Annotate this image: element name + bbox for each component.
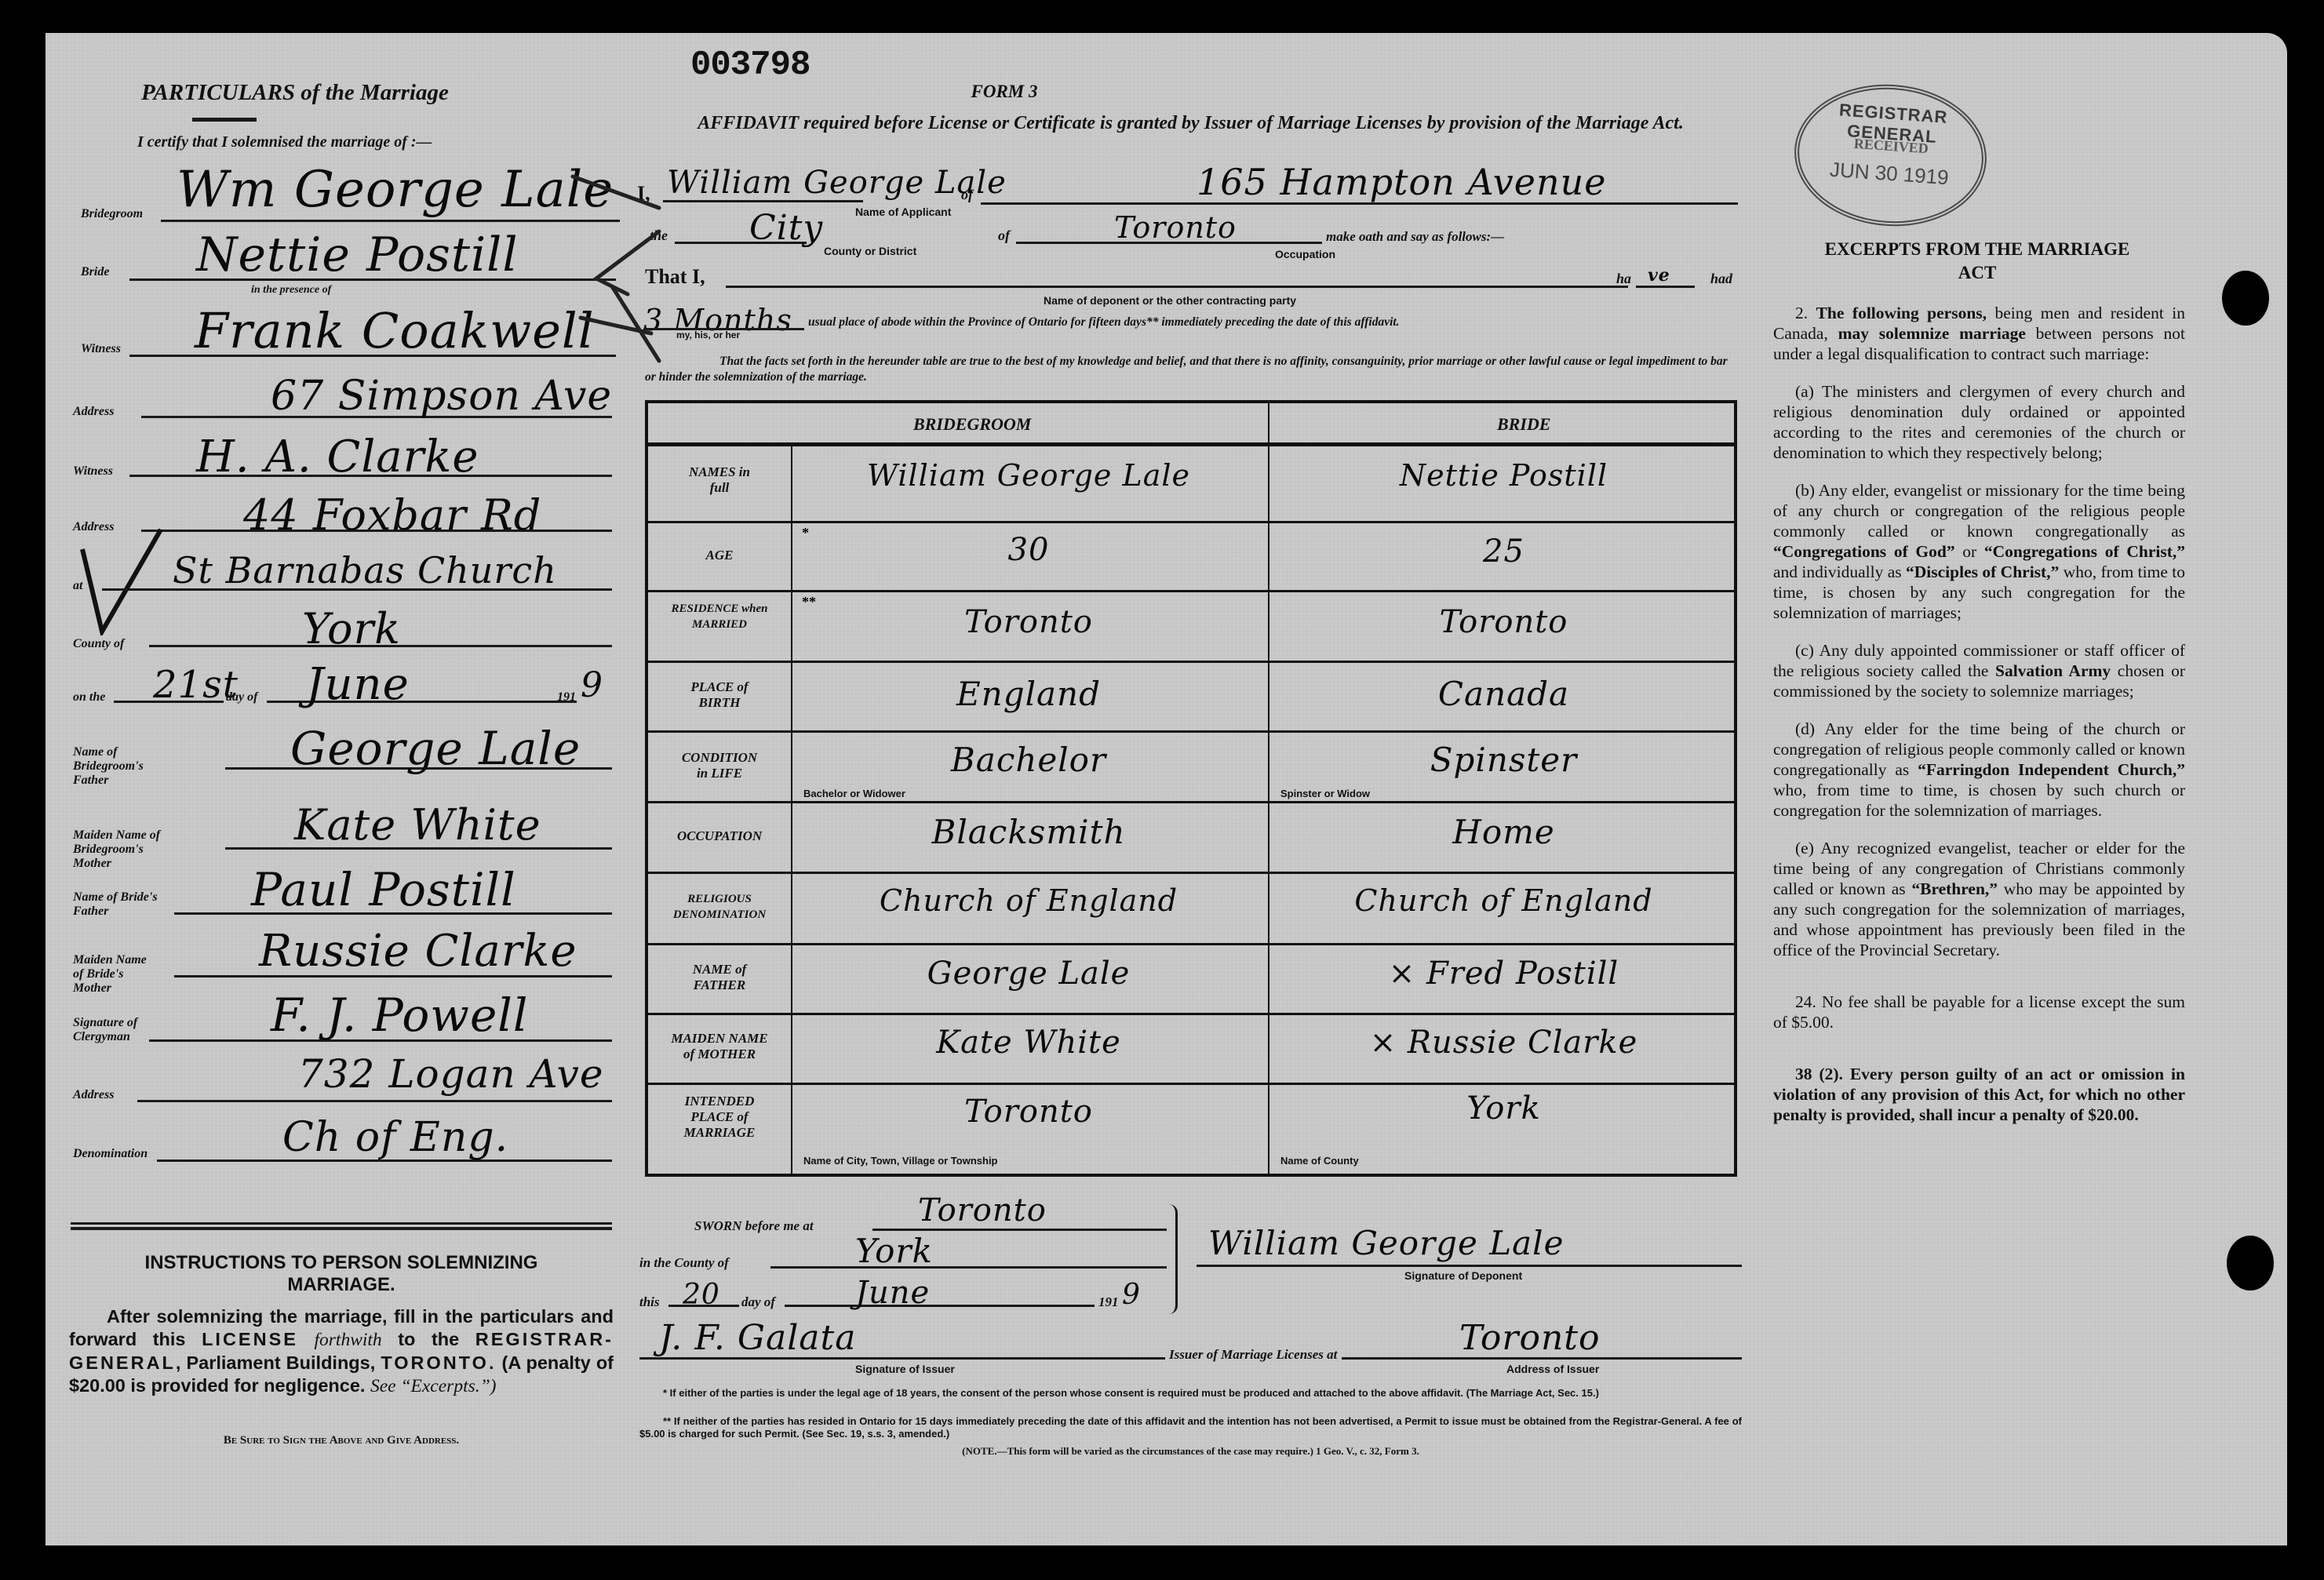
value-witness-1: Frank Coakwell (195, 302, 595, 359)
e-bold: “Brethren,” (1911, 879, 1998, 898)
label-year-prefix: 191 (557, 690, 576, 704)
value-address-3: 732 Logan Ave (298, 1051, 603, 1097)
line-ha (1636, 286, 1695, 288)
line-sworn-place (872, 1229, 1167, 1231)
sworn-label: SWORN before me at (694, 1218, 814, 1234)
b-bold-2: “Congregations of Christ,” (1984, 542, 2185, 561)
label-bride: Bride (81, 265, 109, 279)
value-groom-mother: Kate White (294, 800, 541, 850)
s2-bold-2: may solemnize marriage (1838, 324, 2026, 343)
particulars-title: PARTICULARS of the Marriage (141, 80, 449, 106)
line-address-3 (137, 1100, 612, 1102)
row-label-religion: RELIGIOUS DENOMINATION (653, 891, 786, 923)
bride-birthplace: Canada (1274, 675, 1733, 713)
value-address-2: 44 Foxbar Rd (243, 490, 541, 540)
row-label-age: AGE (653, 548, 786, 563)
excerpt-section-2: 2. The following persons, being men and … (1773, 303, 2185, 364)
row-label-condition: CONDITION in LIFE (653, 750, 786, 781)
value-sworn-county: York (855, 1232, 933, 1270)
row-divider (648, 1083, 1734, 1085)
excerpts-body: 2. The following persons, being men and … (1773, 303, 2185, 1142)
row-label-intended-place: INTENDED PLACE of MARRIAGE (653, 1094, 786, 1141)
bride-residence: Toronto (1274, 604, 1733, 640)
row-label-mother: MAIDEN NAME of MOTHER (653, 1031, 786, 1062)
stamp-date-text: JUN 30 1919 (1798, 155, 1982, 192)
groom-father: George Lale (797, 956, 1260, 992)
instructions-see-excerpts: See “Excerpts.”) (370, 1376, 497, 1396)
value-sworn-month: June (855, 1275, 930, 1311)
s2-num: 2. (1795, 304, 1808, 322)
label-county: County of (73, 637, 124, 651)
value-address: 165 Hampton Avenue (1197, 161, 1607, 203)
issuer-signature-caption: Signature of Issuer (855, 1363, 955, 1375)
instructions-text-2: to the (382, 1329, 475, 1349)
value-witness-2: H. A. Clarke (196, 431, 479, 482)
row-label-residence: RESIDENCE when MARRIED (653, 601, 786, 632)
header-divider (648, 442, 1734, 446)
excerpts-title-line2: ACT (1769, 261, 2185, 285)
b-text-2: or (1955, 542, 1984, 561)
value-affidavit-county: City (749, 208, 823, 248)
bride-father: × Fred Postill (1274, 956, 1733, 992)
row-label-names: NAMES in full (653, 464, 786, 496)
instructions-divider-2 (71, 1227, 612, 1230)
groom-residence: Toronto (797, 604, 1260, 640)
s2-bold-1: The following persons, (1816, 304, 1987, 322)
bride-condition-caption: Spinster or Widow (1280, 788, 1370, 799)
had-label: had (1710, 271, 1732, 287)
excerpt-section-24: 24. No fee shall be payable for a licens… (1773, 992, 2185, 1032)
punch-hole-bottom (2227, 1236, 2274, 1291)
value-affidavit-occupation: Toronto (1114, 210, 1237, 245)
pen-bracket-mark (565, 161, 675, 365)
value-applicant-name: William George Lale (667, 165, 1007, 201)
b-bold-3: “Disciples of Christ,” (1906, 562, 2059, 581)
instructions-forthwith: forthwith (314, 1330, 381, 1350)
row-label-occupation: OCCUPATION (653, 828, 786, 844)
instructions-divider (71, 1222, 612, 1225)
affidavit-of-label: of (961, 187, 973, 203)
certify-text: I certify that I solemnised the marriage… (137, 133, 432, 151)
affidavit-heading: AFFIDAVIT required before License or Cer… (643, 111, 1738, 137)
issuer-address-caption: Address of Issuer (1506, 1363, 1599, 1375)
label-bride-father: Name of Bride's Father (73, 890, 159, 919)
applicant-caption: Name of Applicant (855, 206, 951, 218)
issuer-address: Toronto (1459, 1318, 1600, 1358)
line-sworn-county (770, 1266, 1167, 1269)
sworn-bracket (1169, 1204, 1178, 1314)
value-county: York (302, 604, 401, 653)
line-deponent-signature (1197, 1265, 1742, 1267)
value-denomination: Ch of Eng. (282, 1114, 508, 1161)
excerpts-title: EXCERPTS FROM THE MARRIAGE ACT (1769, 238, 2185, 285)
b-text-3: and individually as (1773, 562, 1906, 581)
label-denomination: Denomination (73, 1147, 148, 1161)
instructions-text-3: , Parliament Buildings, (176, 1352, 381, 1373)
excerpts-title-line1: EXCERPTS FROM THE MARRIAGE (1769, 238, 2185, 261)
label-column-divider (791, 446, 792, 1174)
occupation-caption: Occupation (1275, 248, 1335, 260)
instructions-title-line1: INSTRUCTIONS TO PERSON SOLEMNIZING (71, 1252, 612, 1274)
col-header-bridegroom: BRIDEGROOM (913, 414, 1031, 435)
excerpt-e: (e) Any recognized evangelist, teacher o… (1773, 838, 2185, 960)
in-presence-caption: in the presence of (251, 284, 331, 297)
groom-condition-caption: Bachelor or Widower (803, 788, 905, 799)
bride-age: 25 (1274, 533, 1733, 570)
groom-age: 30 (797, 532, 1260, 568)
instructions-body: After solemnizing the marriage, fill in … (69, 1305, 614, 1398)
row-divider (648, 1013, 1734, 1015)
excerpt-d: (d) Any elder for the time being of the … (1773, 719, 2185, 821)
sworn-day-of-label: day of (741, 1294, 775, 1310)
value-bride-father: Paul Postill (251, 863, 516, 916)
label-groom-mother: Maiden Name of Bridegroom's Mother (73, 828, 175, 871)
value-bride: Nettie Postill (196, 228, 519, 282)
row-divider (648, 943, 1734, 945)
label-bride-mother: Maiden Name of Bride's Mother (73, 953, 159, 996)
row-divider (648, 590, 1734, 592)
be-sure-note: Be Sure to Sign the Above and Give Addre… (71, 1434, 612, 1447)
marriage-table: BRIDEGROOM BRIDE NAMES in full William G… (645, 400, 1737, 1177)
issuer-at-label: Issuer of Marriage Licenses at (1169, 1347, 1337, 1363)
bride-mother: × Russie Clarke (1274, 1025, 1733, 1061)
bride-religion: Church of England (1274, 883, 1733, 918)
groom-full-name: William George Lale (797, 458, 1260, 493)
line-sworn-month (785, 1305, 1095, 1307)
sworn-this-label: this (639, 1294, 660, 1310)
label-bridegroom: Bridegroom (81, 207, 143, 221)
ha-value: ve (1648, 265, 1670, 286)
value-month: June (306, 659, 410, 710)
line-bridegroom (161, 220, 620, 222)
row-divider (648, 661, 1734, 663)
instructions-toronto: TORONTO. (381, 1352, 496, 1373)
label-witness-2: Witness (73, 464, 113, 479)
line-issuer-signature (639, 1357, 1165, 1360)
footnote-1: * If either of the parties is under the … (639, 1387, 1742, 1400)
col-header-bride: BRIDE (1497, 414, 1550, 435)
instructions-title: INSTRUCTIONS TO PERSON SOLEMNIZING MARRI… (71, 1252, 612, 1296)
line-deponent (726, 286, 1628, 288)
checkmark-icon (78, 526, 165, 635)
footnote-note: (NOTE.—This form will be varied as the c… (639, 1445, 1742, 1458)
row-label-birth: PLACE of BIRTH (653, 679, 786, 711)
county-caption: County or District (824, 245, 916, 257)
value-address-1: 67 Simpson Ave (271, 373, 612, 420)
row-label-father: NAME of FATHER (653, 962, 786, 993)
serial-number: 003798 (690, 46, 810, 85)
value-groom-father: George Lale (290, 722, 581, 775)
d-text-2: who, from time to time, is chosen by suc… (1773, 781, 2185, 820)
value-bridegroom: Wm George Lale (177, 161, 614, 219)
oath-text: make oath and say as follows:— (1326, 229, 1504, 245)
bride-column-divider (1268, 403, 1269, 1174)
sworn-county-label: in the County of (639, 1255, 729, 1271)
value-sworn-year: 9 (1122, 1279, 1141, 1311)
deponent-signature: William George Lale (1208, 1224, 1564, 1262)
ha-label: ha (1616, 271, 1631, 287)
excerpt-section-38: 38 (2). Every person guilty of an act or… (1773, 1064, 2185, 1125)
facts-text: That the facts set forth in the hereunde… (645, 354, 1736, 385)
deponent-caption: Name of deponent or the other contractin… (1044, 294, 1296, 307)
punch-hole-top (2222, 271, 2269, 326)
label-address-1: Address (73, 405, 114, 419)
b-text-1: (b) Any elder, evangelist or missionary … (1773, 481, 2185, 541)
value-sworn-place: Toronto (918, 1192, 1047, 1229)
label-address-3: Address (73, 1088, 114, 1102)
excerpt-a: (a) The ministers and clergymen of every… (1773, 381, 2185, 463)
groom-condition: Bachelor (797, 741, 1260, 779)
bride-occupation: Home (1274, 813, 1733, 851)
excerpt-c: (c) Any duly appointed commissioner or s… (1773, 640, 2185, 701)
intended-place-bride-caption: Name of County (1280, 1155, 1359, 1167)
issuer-signature: J. F. Galata (659, 1318, 856, 1358)
label-on-the: on the (73, 690, 105, 704)
abode-caption: my, his, or her (676, 329, 740, 340)
value-bride-mother: Russie Clarke (259, 926, 577, 977)
label-witness-1: Witness (81, 342, 121, 356)
label-groom-father: Name of Bridegroom's Father (73, 745, 159, 788)
c-bold: Salvation Army (1995, 661, 2111, 680)
row-divider (648, 872, 1734, 874)
label-at: at (73, 579, 82, 593)
title-underline (192, 118, 257, 122)
instructions-title-line2: MARRIAGE. (71, 1274, 612, 1296)
groom-mother: Kate White (797, 1025, 1260, 1061)
value-at: St Barnabas Church (173, 549, 557, 592)
abode-text: usual place of abode within the Province… (808, 315, 1400, 329)
d-bold: “Farringdon Independent Church,” (1918, 760, 2185, 779)
affidavit-of2-label: of (998, 228, 1010, 244)
value-clergyman: F. J. Powell (271, 988, 528, 1042)
row-divider (648, 521, 1734, 523)
groom-occupation: Blacksmith (797, 813, 1260, 851)
groom-intended-place: Toronto (797, 1094, 1260, 1130)
form-number: FORM 3 (816, 82, 1193, 102)
label-clergyman: Signature of Clergyman (73, 1016, 151, 1044)
intended-place-groom-caption: Name of City, Town, Village or Township (803, 1155, 998, 1167)
row-divider (648, 801, 1734, 803)
sworn-year-prefix: 191 (1098, 1294, 1119, 1310)
bride-condition: Spinster (1274, 741, 1733, 779)
value-sworn-day: 20 (683, 1279, 720, 1311)
footnote-2: ** If neither of the parties has resided… (639, 1415, 1742, 1440)
instructions-license: LICENSE (202, 1329, 298, 1349)
row-divider (648, 730, 1734, 733)
bride-full-name: Nettie Postill (1274, 458, 1733, 493)
label-day-of: day of (226, 690, 257, 704)
b-bold-1: “Congregations of God” (1773, 542, 1955, 561)
excerpt-b: (b) Any elder, evangelist or missionary … (1773, 480, 2185, 623)
groom-birthplace: England (797, 675, 1260, 713)
deponent-signature-caption: Signature of Deponent (1404, 1269, 1522, 1282)
bride-intended-place: York (1274, 1090, 1733, 1127)
value-year-suffix: 9 (581, 665, 603, 705)
groom-religion: Church of England (797, 883, 1260, 918)
